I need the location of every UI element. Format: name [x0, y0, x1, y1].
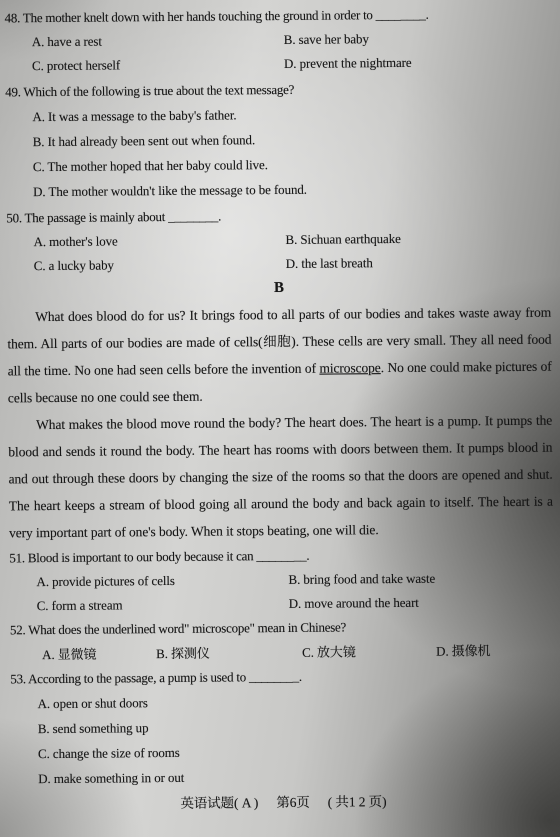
question-48: 48. The mother knelt down with her hands… — [4, 2, 549, 79]
footer-exam-title: 英语试题( A ) — [180, 795, 258, 811]
option-51-a: A. provide pictures of cells — [36, 568, 288, 594]
page-footer: 英语试题( A )第6页( 共1 2 页) — [11, 789, 555, 818]
scanned-exam-page: 48. The mother knelt down with her hands… — [0, 0, 560, 837]
option-48-c: C. protect herself — [32, 52, 284, 78]
option-52-a: A. 显微镜 — [42, 641, 156, 667]
underlined-word-microscope: microscope — [319, 360, 380, 376]
option-53-d: D. make something in or out — [38, 762, 555, 792]
option-51-d: D. move around the heart — [289, 590, 554, 616]
option-50-b: B. Sichuan earthquake — [285, 226, 550, 252]
question-53: 53. According to the passage, a pump is … — [10, 663, 555, 792]
passage-paragraph-2: What makes the blood move round the body… — [8, 407, 553, 547]
passage-paragraph-1: What does blood do for us? It brings foo… — [7, 299, 552, 412]
option-50-a: A. mother's love — [33, 228, 285, 254]
option-52-b: B. 探测仪 — [156, 640, 302, 666]
question-50: 50. The passage is mainly about ________… — [6, 202, 551, 279]
option-50-c: C. a lucky baby — [34, 252, 286, 278]
option-52-c: C. 放大镜 — [302, 639, 436, 665]
option-48-a: A. have a rest — [32, 28, 284, 54]
option-52-d: D. 摄像机 — [436, 638, 554, 664]
question-50-options: A. mother's love B. Sichuan earthquake C… — [33, 226, 550, 279]
question-52: 52. What does the underlined word" micro… — [10, 614, 554, 668]
question-49: 49. Which of the following is true about… — [5, 76, 550, 205]
question-53-options: A. open or shut doors B. send something … — [37, 687, 555, 792]
option-48-b: B. save her baby — [284, 26, 549, 52]
question-51-options: A. provide pictures of cells B. bring fo… — [36, 566, 553, 619]
footer-total-pages: ( 共1 2 页) — [328, 794, 387, 810]
question-51: 51. Blood is important to our body becau… — [9, 542, 554, 619]
option-51-b: B. bring food and take waste — [288, 566, 553, 592]
option-51-c: C. form a stream — [37, 592, 289, 618]
footer-page-number: 第6页 — [276, 795, 310, 810]
question-48-options: A. have a rest B. save her baby C. prote… — [32, 26, 549, 79]
question-49-options: A. It was a message to the baby's father… — [32, 100, 550, 205]
question-52-options: A. 显微镜 B. 探测仪 C. 放大镜 D. 摄像机 — [42, 638, 554, 667]
exam-content: 48. The mother knelt down with her hands… — [4, 2, 555, 818]
option-49-d: D. The mother wouldn't like the message … — [33, 175, 550, 205]
option-50-d: D. the last breath — [286, 250, 551, 276]
option-48-d: D. prevent the nightmare — [284, 50, 549, 76]
